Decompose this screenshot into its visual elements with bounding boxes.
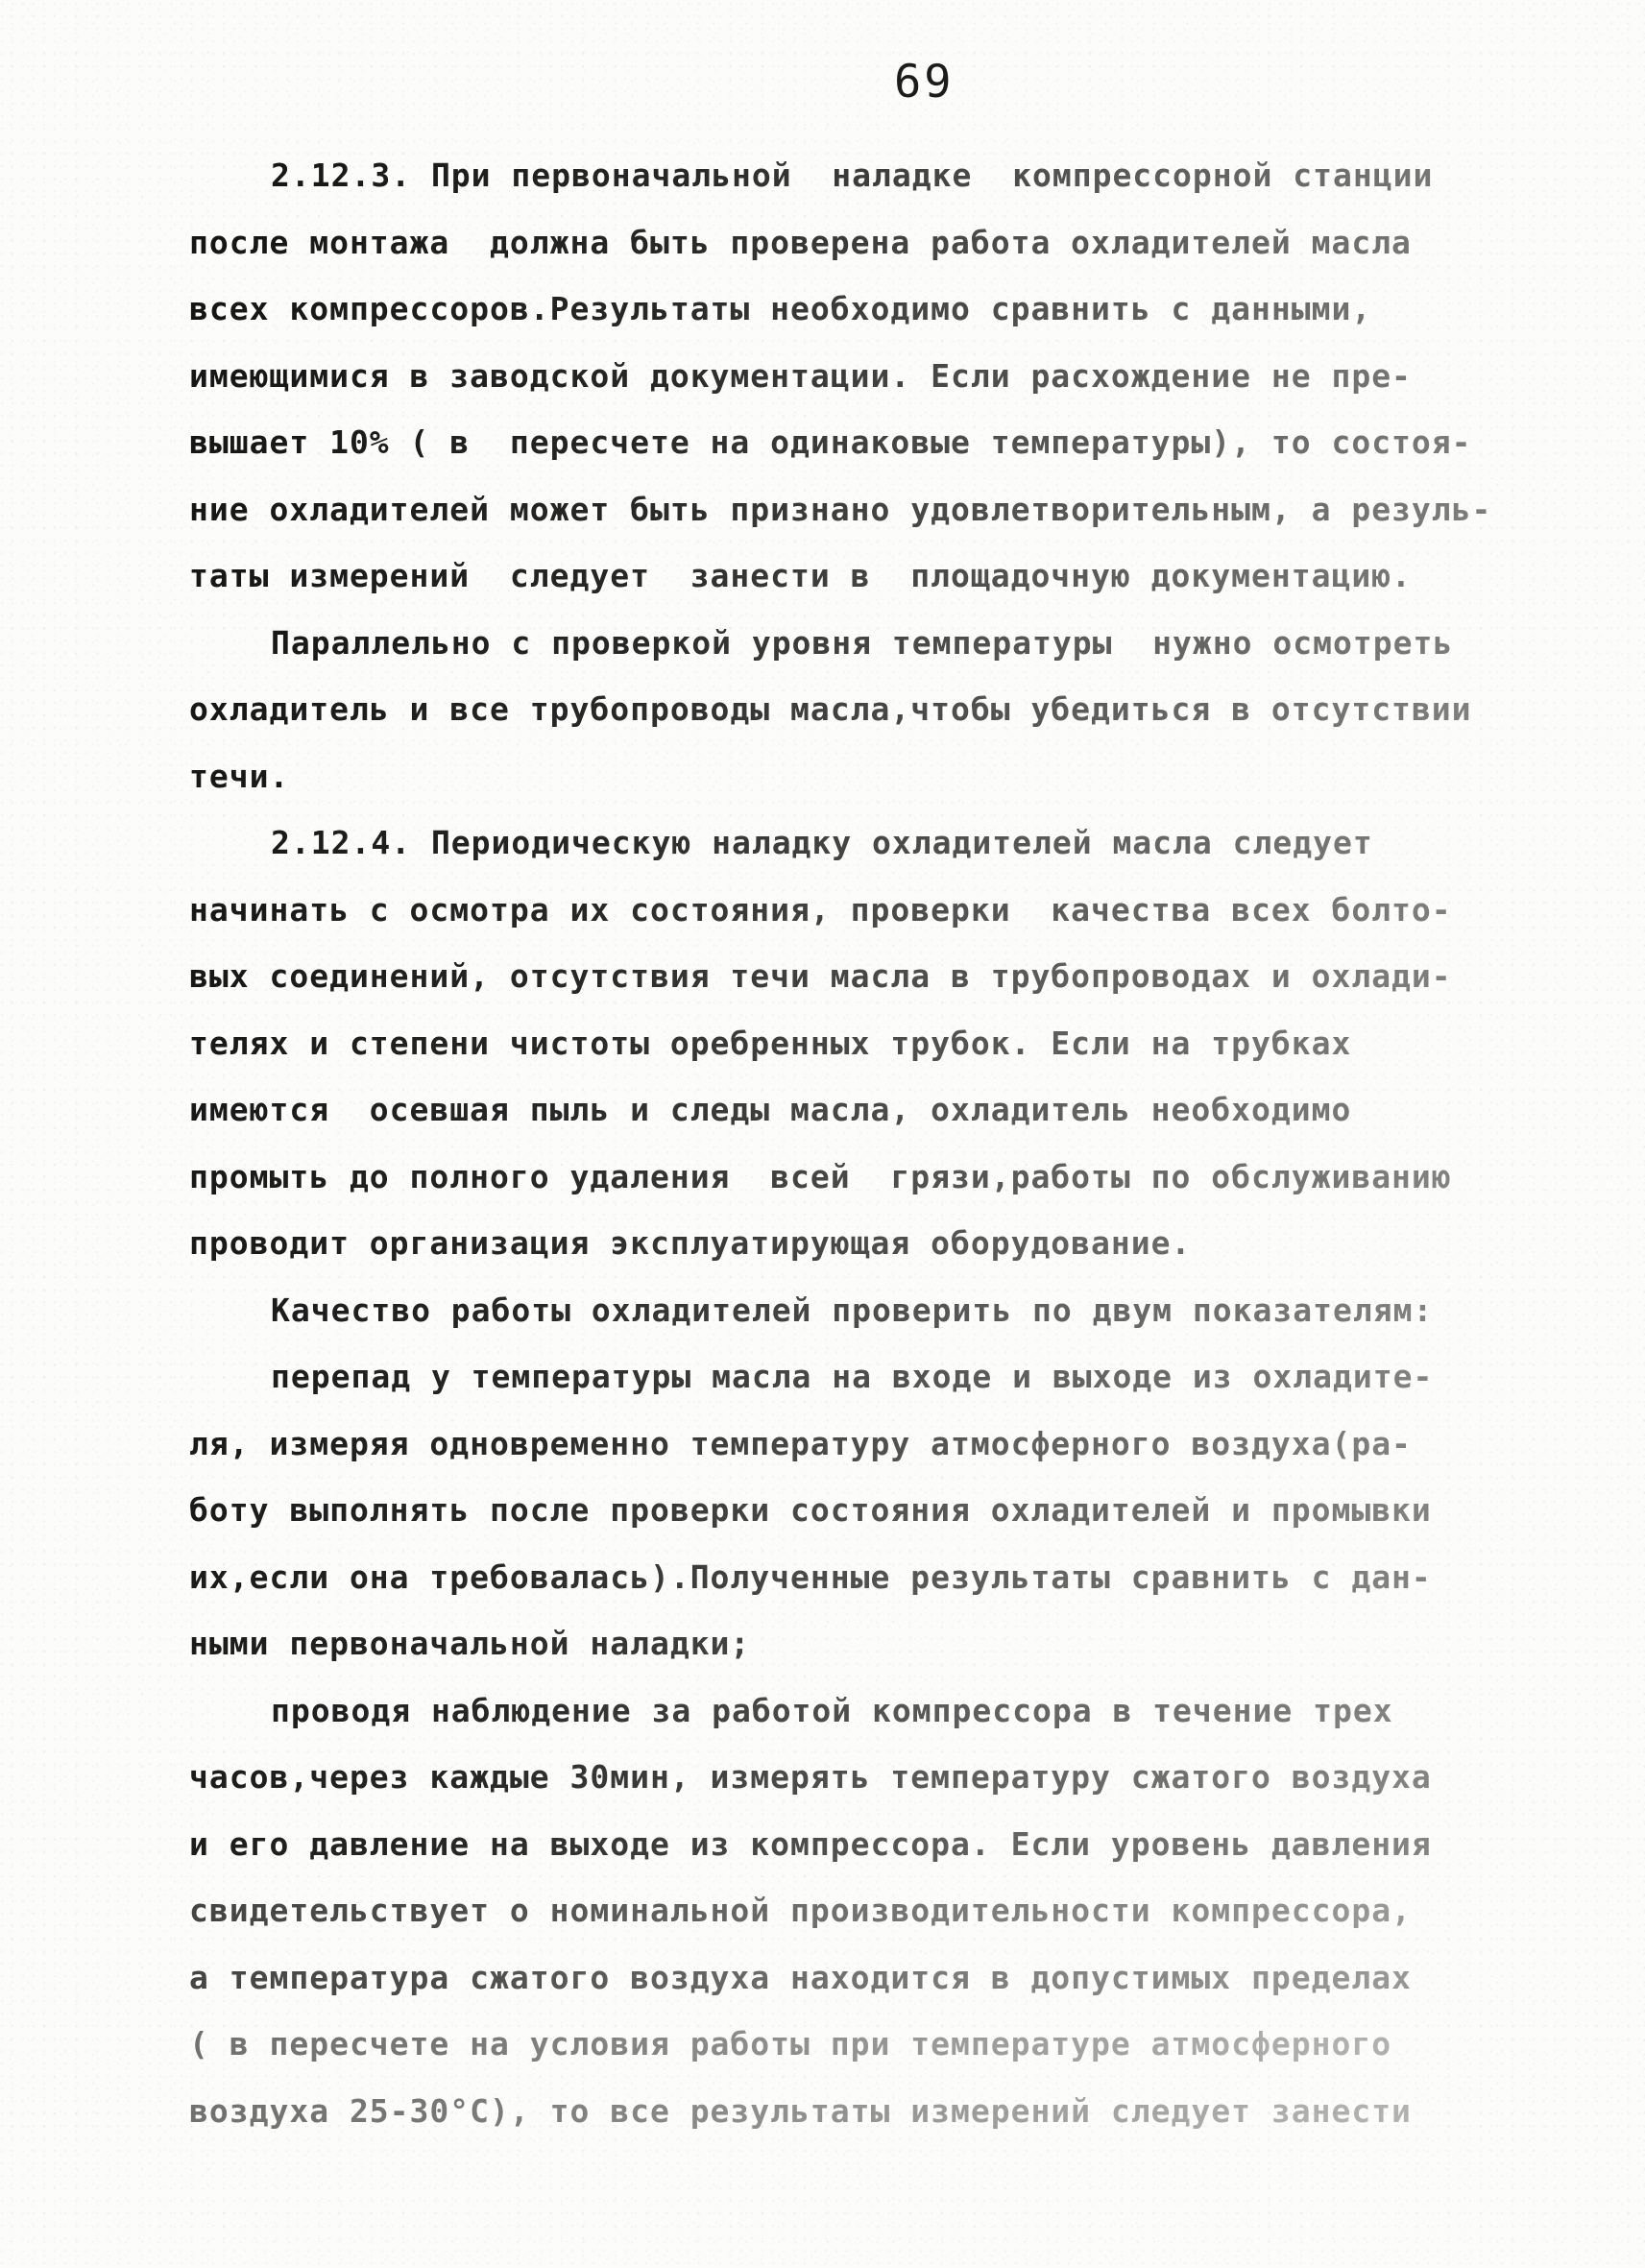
text-line: ными первоначальной наладки; [189, 1610, 1553, 1677]
text-line: имеющимися в заводской документации. Есл… [189, 343, 1553, 410]
text-line: боту выполнять после проверки состояния … [189, 1477, 1553, 1544]
text-line: их,если она требовалась).Полученные резу… [189, 1544, 1553, 1611]
text-line: вышает 10% ( в пересчете на одинаковые т… [189, 409, 1553, 476]
text-line: течи. [189, 743, 1553, 810]
text-line: охладитель и все трубопроводы масла,чтоб… [189, 676, 1553, 743]
text-line: а температура сжатого воздуха находится … [189, 1944, 1553, 2012]
text-line: часов,через каждые 30мин, измерять темпе… [189, 1744, 1553, 1811]
text-line: таты измерений следует занести в площадо… [189, 543, 1553, 610]
text-line: начинать с осмотра их состояния, проверк… [189, 877, 1553, 944]
page-number: 69 [894, 56, 955, 109]
text-line: телях и степени чистоты оребренных трубо… [189, 1010, 1553, 1077]
text-line: вых соединений, отсутствия течи масла в … [189, 943, 1553, 1010]
text-line: проводя наблюдение за работой компрессор… [189, 1677, 1553, 1745]
text-line: после монтажа должна быть проверена рабо… [189, 209, 1553, 277]
text-line: 2.12.4. Периодическую наладку охладителе… [189, 809, 1553, 877]
scanned-document-page: 69 2.12.3. При первоначальной наладке ко… [0, 0, 1645, 2268]
text-line: промыть до полного удаления всей грязи,р… [189, 1144, 1553, 1211]
text-line: проводит организация эксплуатирующая обо… [189, 1210, 1553, 1277]
text-line: свидетельствует о номинальной производит… [189, 1877, 1553, 1944]
text-line: ние охладителей может быть признано удов… [189, 476, 1553, 543]
text-line: ( в пересчете на условия работы при темп… [189, 2011, 1553, 2078]
text-line: и его давление на выходе из компрессора.… [189, 1811, 1553, 1878]
text-line: имеются осевшая пыль и следы масла, охла… [189, 1076, 1553, 1144]
text-line: Качество работы охладителей проверить по… [189, 1277, 1553, 1344]
text-line: 2.12.3. При первоначальной наладке компр… [189, 142, 1553, 209]
text-line: воздуха 25-30°С), то все результаты изме… [189, 2078, 1553, 2145]
text-line: всех компрессоров.Результаты необходимо … [189, 276, 1553, 343]
text-line: ля, измеряя одновременно температуру атм… [189, 1411, 1553, 1478]
text-line: перепад у температуры масла на входе и в… [189, 1343, 1553, 1411]
document-text: 2.12.3. При первоначальной наладке компр… [189, 142, 1553, 2144]
text-line: Параллельно с проверкой уровня температу… [189, 610, 1553, 677]
